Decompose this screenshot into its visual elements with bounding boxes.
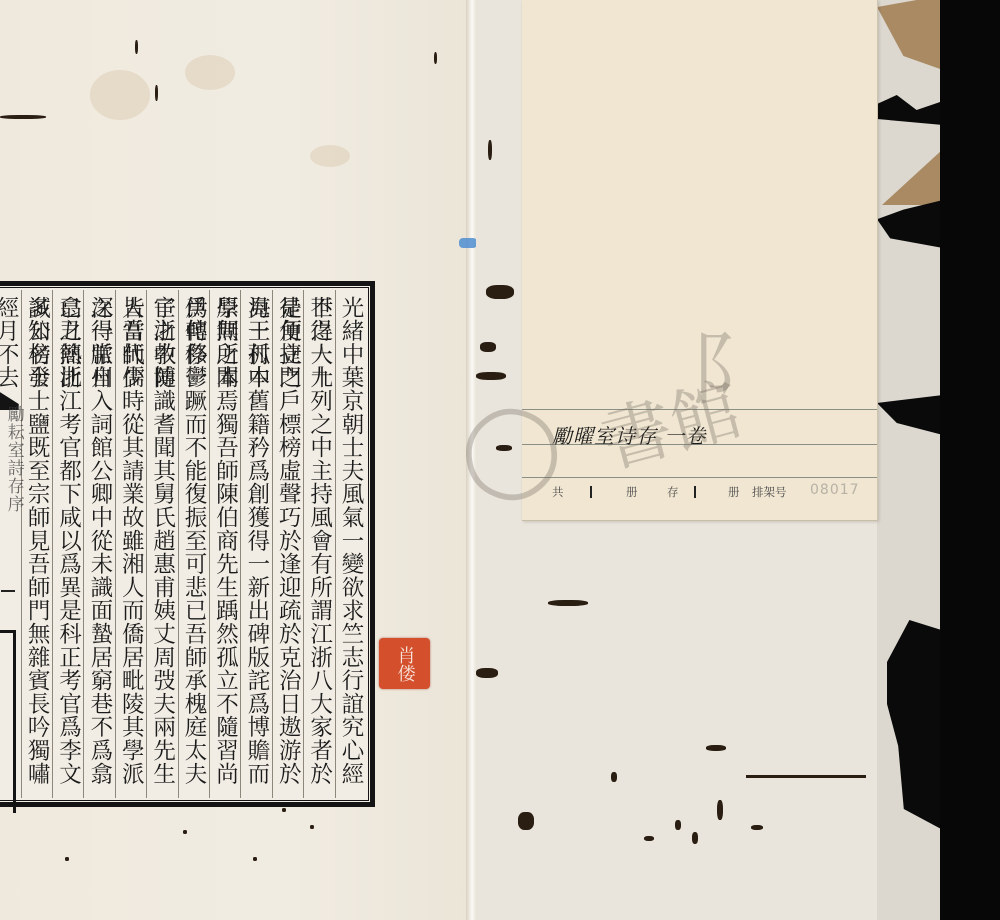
text-frame: 光緒中葉京朝士夫風氣一變欲求竺志行誼究心經世之人十 不得一九列之中主持風會有所謂… bbox=[0, 281, 375, 807]
library-catalog-card: 勵曜室诗存 一卷 共 册 存 册 排架号 08017 bbox=[522, 0, 878, 521]
block-edge-lower-mark bbox=[0, 630, 16, 813]
wormhole bbox=[644, 836, 654, 841]
wormhole bbox=[496, 445, 512, 451]
wormhole bbox=[65, 857, 69, 861]
wormhole bbox=[0, 115, 46, 119]
blue-ink-mark bbox=[459, 238, 477, 248]
wormhole bbox=[480, 342, 496, 352]
torn-paper-brown bbox=[882, 150, 942, 205]
wormhole bbox=[548, 600, 588, 606]
block-center-edge: 勵耘室詩存序 bbox=[0, 290, 21, 798]
stain bbox=[185, 55, 235, 90]
text-columns: 光緒中葉京朝士夫風氣一變欲求竺志行誼究心經世之人十 不得一九列之中主持風會有所謂… bbox=[0, 290, 366, 798]
card-rule bbox=[522, 409, 877, 410]
wormhole bbox=[717, 800, 723, 820]
wormhole bbox=[183, 830, 187, 834]
wormhole bbox=[476, 668, 498, 678]
wormhole bbox=[518, 812, 534, 830]
tear-hole bbox=[877, 395, 943, 435]
wormhole-trail bbox=[746, 775, 866, 778]
card-shelf-number: 08017 bbox=[810, 482, 860, 498]
wormhole bbox=[611, 772, 617, 782]
wormhole bbox=[706, 745, 726, 751]
red-seal-stamp: 肖偻 bbox=[379, 638, 430, 689]
card-label-volumes: 册 bbox=[728, 484, 740, 500]
text-column-1: 光緒中葉京朝士夫風氣一變欲求竺志行誼究心經世之人十 bbox=[335, 290, 366, 798]
wormhole bbox=[135, 40, 138, 54]
scan-background bbox=[940, 0, 1000, 920]
card-label-extant: 存 bbox=[667, 484, 679, 500]
card-rule bbox=[522, 477, 877, 478]
stain bbox=[310, 145, 350, 167]
tear-hole bbox=[877, 200, 943, 248]
wormhole bbox=[282, 808, 286, 812]
block-edge-title: 勵耘室詩存序 bbox=[0, 405, 29, 513]
wormhole bbox=[488, 140, 492, 160]
wormhole bbox=[253, 857, 257, 861]
wormhole bbox=[751, 825, 763, 830]
card-label-volumes: 册 bbox=[626, 484, 638, 500]
stain bbox=[90, 70, 150, 120]
wormhole bbox=[486, 285, 514, 299]
damaged-page-edge bbox=[877, 0, 943, 920]
card-label-total: 共 bbox=[552, 484, 564, 500]
wormhole bbox=[310, 825, 314, 829]
wormhole bbox=[476, 372, 506, 380]
block-edge-page-number bbox=[1, 590, 15, 592]
wormhole bbox=[692, 832, 698, 844]
card-value-extant-stroke bbox=[694, 486, 696, 498]
tear-hole bbox=[877, 95, 943, 125]
card-value-total-stroke bbox=[590, 486, 592, 498]
wormhole bbox=[155, 85, 158, 101]
wormhole bbox=[675, 820, 681, 830]
wormhole bbox=[434, 52, 437, 64]
left-page: 光緒中葉京朝士夫風氣一變欲求竺志行誼究心經世之人十 不得一九列之中主持風會有所謂… bbox=[0, 0, 472, 920]
torn-paper-brown bbox=[877, 0, 943, 70]
card-handwritten-title: 勵曜室诗存 一卷 bbox=[552, 420, 706, 449]
tear-hole-large bbox=[887, 620, 943, 830]
card-label-shelf: 排架号 bbox=[752, 484, 787, 500]
